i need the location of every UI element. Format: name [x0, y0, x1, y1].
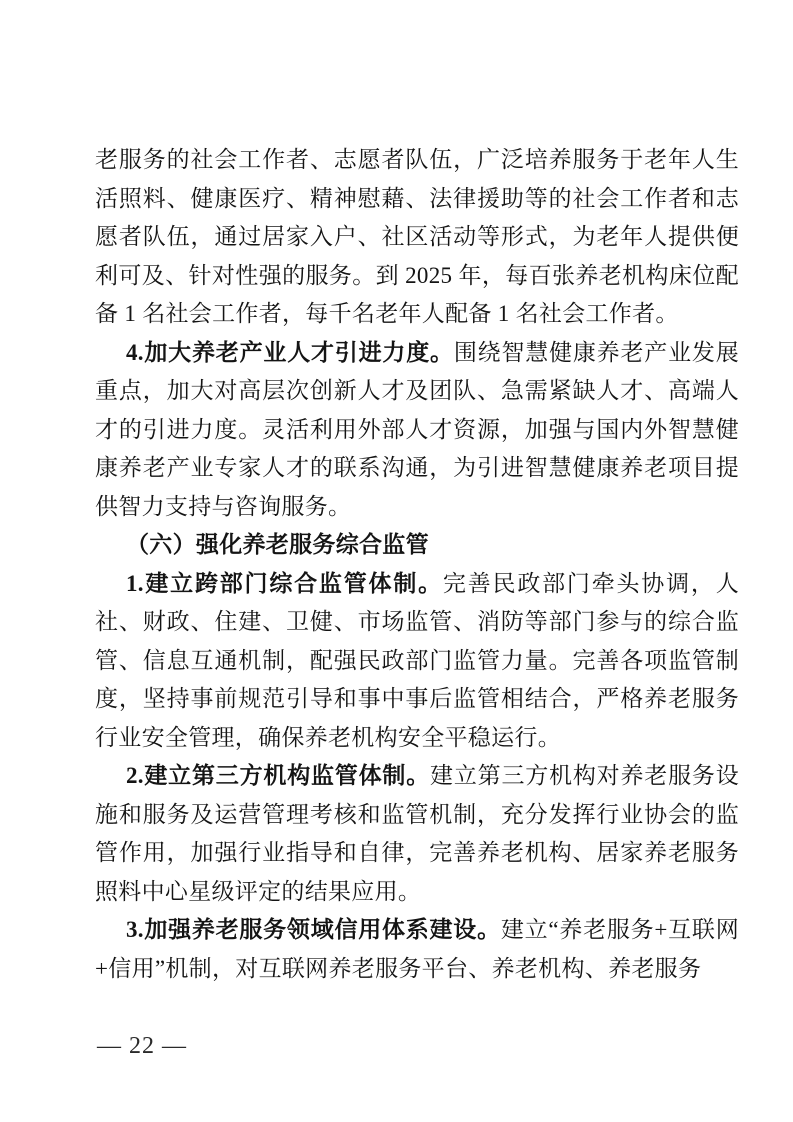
section-heading: （六）强化养老服务综合监管	[95, 526, 739, 565]
page-number-text: — 22 —	[97, 1033, 187, 1059]
paragraph: 4.加大养老产业人才引进力度。围绕智慧健康养老产业发展重点，加大对高层次创新人才…	[95, 334, 739, 527]
page-number: — 22 —	[97, 1030, 187, 1062]
paragraph-lead: 4.加大养老产业人才引进力度。	[126, 340, 454, 365]
paragraph: 老服务的社会工作者、志愿者队伍，广泛培养服务于老年人生活照料、健康医疗、精神慰藉…	[95, 141, 739, 334]
paragraph: 3.加强养老服务领域信用体系建设。建立“养老服务+互联网+信用”机制，对互联网养…	[95, 911, 739, 988]
document-body: 老服务的社会工作者、志愿者队伍，广泛培养服务于老年人生活照料、健康医疗、精神慰藉…	[95, 141, 739, 988]
paragraph-lead: 2.建立第三方机构监管体制。	[126, 763, 430, 788]
paragraph: 1.建立跨部门综合监管体制。完善民政部门牵头协调，人社、财政、住建、卫健、市场监…	[95, 565, 739, 758]
paragraph-text: 完善民政部门牵头协调，人社、财政、住建、卫健、市场监管、消防等部门参与的综合监管…	[95, 571, 739, 750]
paragraph-lead: （六）强化养老服务综合监管	[126, 532, 429, 557]
paragraph: 2.建立第三方机构监管体制。建立第三方机构对养老服务设施和服务及运营管理考核和监…	[95, 757, 739, 911]
document-page: 老服务的社会工作者、志愿者队伍，广泛培养服务于老年人生活照料、健康医疗、精神慰藉…	[0, 0, 793, 1122]
paragraph-lead: 1.建立跨部门综合监管体制。	[126, 571, 443, 596]
paragraph-text: 老服务的社会工作者、志愿者队伍，广泛培养服务于老年人生活照料、健康医疗、精神慰藉…	[95, 147, 739, 326]
paragraph-text: 围绕智慧健康养老产业发展重点，加大对高层次创新人才及团队、急需紧缺人才、高端人才…	[95, 340, 739, 519]
paragraph-lead: 3.加强养老服务领域信用体系建设。	[126, 917, 501, 942]
